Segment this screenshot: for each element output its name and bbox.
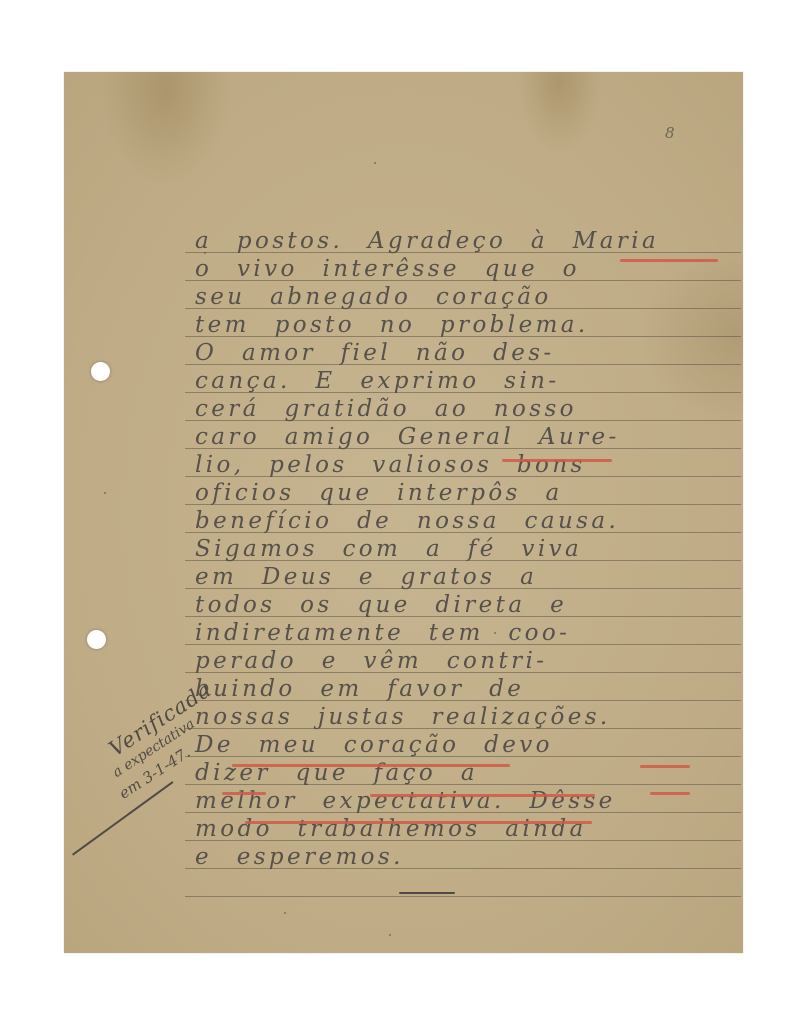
text-line-1: a postos. Agradeço à Maria xyxy=(195,228,740,254)
margin-annotation: Verificada a expectativa em 3-1-47. xyxy=(66,640,192,722)
red-underline-devo xyxy=(640,765,690,768)
text-line-4: tem posto no problema. xyxy=(195,312,740,338)
text-line-22: modo trabalhemos ainda xyxy=(195,816,740,842)
text-line-23: e esperemos. xyxy=(195,844,740,870)
text-line-5: O amor fiel não des- xyxy=(195,340,740,366)
paper-speck xyxy=(389,934,391,936)
text-line-7: cerá gratidão ao nosso xyxy=(195,396,740,422)
text-line-16: perado e vêm contri- xyxy=(195,648,740,674)
text-line-18: nossas justas realizações. xyxy=(195,704,740,730)
red-underline-de-meu-coracao xyxy=(232,764,510,767)
text-line-13: em Deus e gratos a xyxy=(195,564,740,590)
text-line-8: caro amigo General Aure- xyxy=(195,424,740,450)
page-number: 8 xyxy=(665,124,675,142)
red-underline-maria xyxy=(620,259,718,262)
text-line-10: oficios que interpôs a xyxy=(195,480,740,506)
punch-hole-top xyxy=(91,362,110,381)
ruled-line xyxy=(185,896,741,897)
paper-speck xyxy=(494,632,496,634)
text-line-3: seu abnegado coração xyxy=(195,284,740,310)
paper-speck xyxy=(104,492,106,494)
text-line-17: buindo em favor de xyxy=(195,676,740,702)
punch-hole-bottom xyxy=(87,630,106,649)
text-line-15: indiretamente tem coo- xyxy=(195,620,740,646)
text-line-14: todos os que direta e xyxy=(195,592,740,618)
text-line-9: lio, pelos valiosos bons xyxy=(195,452,740,478)
closing-dash xyxy=(399,892,455,894)
red-underline-a xyxy=(650,792,690,795)
text-line-12: Sigamos com a fé viva xyxy=(195,536,740,562)
red-underline-que-faco xyxy=(370,794,595,797)
paper-speck xyxy=(284,912,286,914)
text-line-6: cança. E exprimo sin- xyxy=(195,368,740,394)
text-line-11: benefício de nossa causa. xyxy=(195,508,740,534)
red-underline-dizer xyxy=(222,792,266,795)
red-underline-general xyxy=(502,459,612,462)
letter-page: 8 a postos. Agradeço à Maria o vivo inte… xyxy=(64,72,743,953)
red-underline-melhor-expectativa xyxy=(245,821,592,824)
text-line-19: De meu coração devo xyxy=(195,732,740,758)
paper-speck xyxy=(204,252,206,254)
paper-speck xyxy=(374,162,376,164)
